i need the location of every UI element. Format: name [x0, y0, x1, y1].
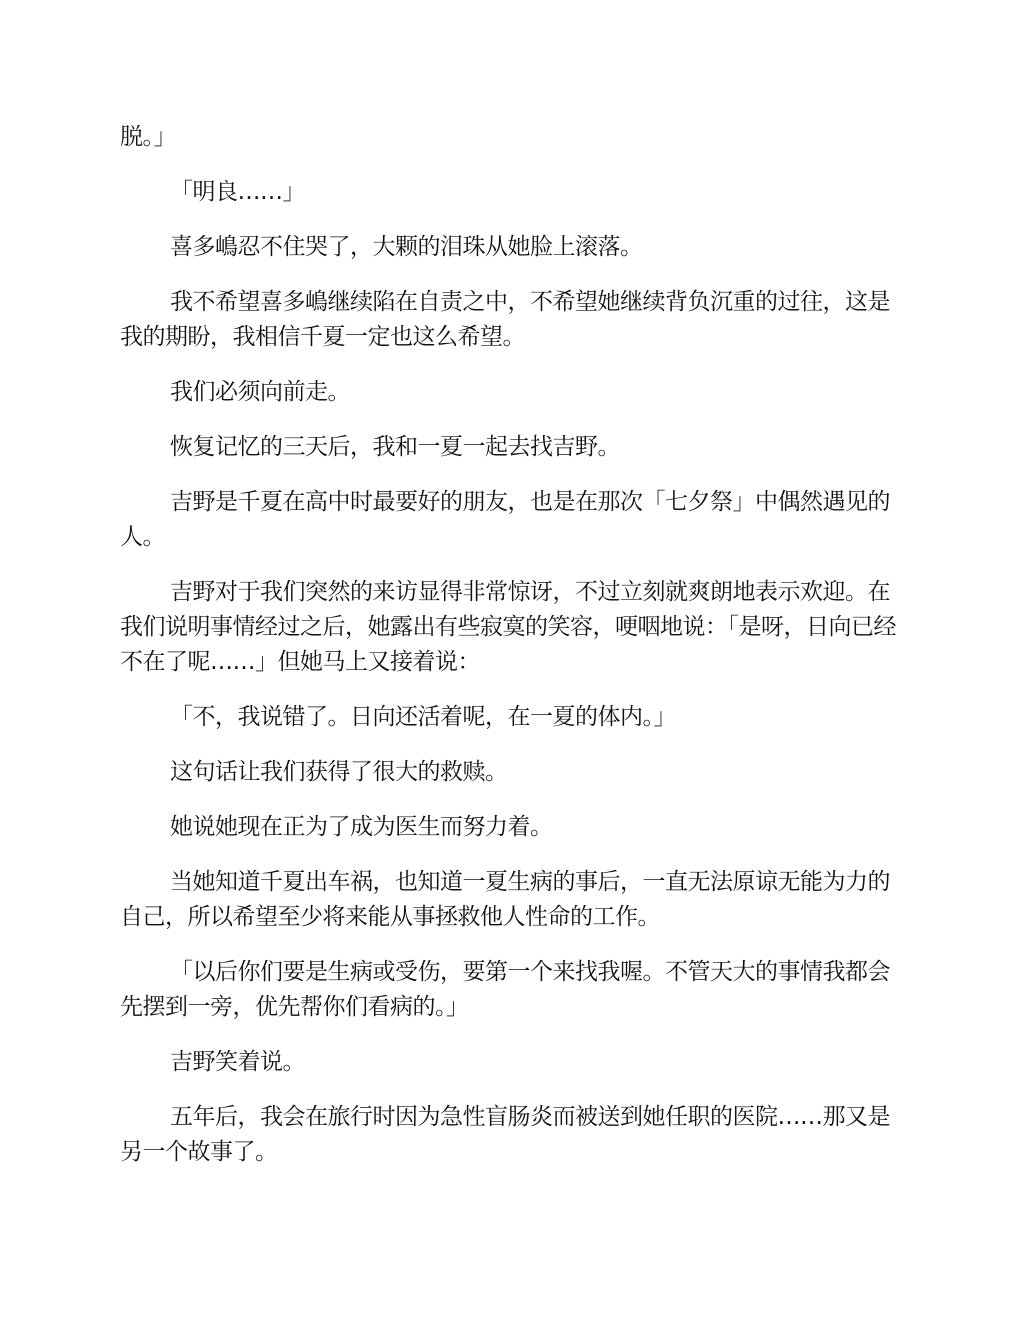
- paragraph: 吉野对于我们突然的来访显得非常惊讶，不过立刻就爽朗地表示欢迎。在我们说明事情经过…: [120, 575, 896, 680]
- paragraph: 「明良……」: [120, 175, 896, 210]
- paragraph: 五年后，我会在旅行时因为急性盲肠炎而被送到她任职的医院……那又是另一个故事了。: [120, 1100, 896, 1170]
- paragraph: 这句话让我们获得了很大的救赎。: [120, 755, 896, 790]
- paragraph: 恢复记忆的三天后，我和一夏一起去找吉野。: [120, 430, 896, 465]
- paragraph: 「不，我说错了。日向还活着呢，在一夏的体内。」: [120, 700, 896, 735]
- paragraph: 我们必须向前走。: [120, 375, 896, 410]
- paragraph: 她说她现在正为了成为医生而努力着。: [120, 810, 896, 845]
- paragraph: 「以后你们要是生病或受伤，要第一个来找我喔。不管天大的事情我都会先摆到一旁，优先…: [120, 955, 896, 1025]
- paragraph: 当她知道千夏出车祸，也知道一夏生病的事后，一直无法原谅无能为力的自己，所以希望至…: [120, 865, 896, 935]
- paragraph: 脱。」: [120, 120, 896, 155]
- paragraph: 吉野笑着说。: [120, 1045, 896, 1080]
- paragraph: 我不希望喜多嶋继续陷在自责之中，不希望她继续背负沉重的过往，这是我的期盼，我相信…: [120, 285, 896, 355]
- paragraph: 喜多嶋忍不住哭了，大颗的泪珠从她脸上滚落。: [120, 230, 896, 265]
- document-page: 脱。」 「明良……」 喜多嶋忍不住哭了，大颗的泪珠从她脸上滚落。 我不希望喜多嶋…: [120, 120, 896, 1190]
- paragraph: 吉野是千夏在高中时最要好的朋友，也是在那次「七夕祭」中偶然遇见的人。: [120, 485, 896, 555]
